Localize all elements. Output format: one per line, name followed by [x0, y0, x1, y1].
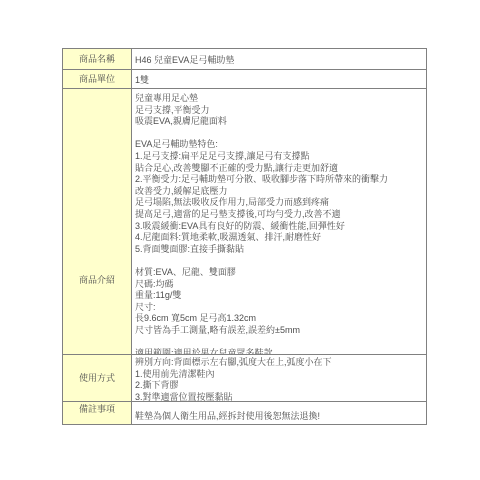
- usage-method-value-cell: 辨別方向:背面標示左右腳,弧度大在上,弧度小在下1.使用前先清潔鞋內2.撕下背膠…: [132, 355, 426, 401]
- text-line: 5.背面雙面膠:直接手撕黏貼: [135, 244, 426, 256]
- text-line: EVA足弓輔助墊特色:: [135, 139, 426, 151]
- text-line: [135, 255, 426, 267]
- text-line: 辨別方向:背面標示左右腳,弧度大在上,弧度小在下: [135, 357, 426, 369]
- row-product-unit: 商品單位 1雙: [63, 70, 426, 89]
- page: { "page": { "background": "#ffffff" }, "…: [0, 0, 480, 480]
- notes-label: 備註事項: [79, 404, 115, 415]
- notes-label-cell: 備註事項: [63, 402, 132, 424]
- text-line: 尺寸皆為手工測量,略有誤差,誤差約±5mm: [135, 325, 426, 337]
- product-description-value-cell: 兒童專用足心墊足弓支撐,平衡受力吸震EVA,親膚尼龍面料 EVA足弓輔助墊特色:…: [132, 89, 426, 354]
- text-line: [135, 336, 426, 348]
- text-line: 3.吸震緩衝:EVA具有良好的防震、緩衝性能,回彈性好: [135, 221, 426, 233]
- product-unit-value: 1雙: [135, 73, 149, 86]
- row-usage-method: 使用方式 辨別方向:背面標示左右腳,弧度大在上,弧度小在下1.使用前先清潔鞋內2…: [63, 355, 426, 402]
- notes-value-cell: 鞋墊為個人衛生用品,經拆封使用後恕無法退換!: [132, 402, 426, 424]
- text-line: [135, 128, 426, 140]
- product-unit-label: 商品單位: [79, 74, 115, 85]
- product-info-table: 商品名稱 H46 兒童EVA足弓輔助墊 商品單位 1雙 商品介紹 兒童專用足心墊…: [62, 48, 427, 425]
- text-line: 貼合足心,改善雙腳不正確的受力點,讓行走更加舒適: [135, 163, 426, 175]
- product-description-label-cell: 商品介紹: [63, 89, 132, 354]
- text-line: 改善受力,緩解足底壓力: [135, 186, 426, 198]
- text-line: 材質:EVA、尼龍、雙面膠: [135, 267, 426, 279]
- text-line: 提高足弓,適當的足弓墊支撐後,可均勻受力,改善不適: [135, 209, 426, 221]
- row-product-description: 商品介紹 兒童專用足心墊足弓支撐,平衡受力吸震EVA,親膚尼龍面料 EVA足弓輔…: [63, 89, 426, 355]
- text-line: 1.使用前先清潔鞋內: [135, 369, 426, 381]
- product-name-label: 商品名稱: [79, 54, 115, 65]
- notes-value: 鞋墊為個人衛生用品,經拆封使用後恕無法退換!: [135, 409, 320, 422]
- text-line: 3.對準適當位置按壓黏貼: [135, 392, 426, 401]
- text-line: 足弓支撐,平衡受力: [135, 105, 426, 117]
- text-line: 重量:11g/雙: [135, 290, 426, 302]
- text-line: 尺碼:均碼: [135, 279, 426, 291]
- product-unit-value-cell: 1雙: [132, 70, 426, 88]
- product-description-label: 商品介紹: [79, 275, 115, 286]
- text-line: 1.足弓支撐:扁平足足弓支撐,讓足弓有支撐點: [135, 151, 426, 163]
- text-line: 尺寸:: [135, 302, 426, 314]
- product-name-value-cell: H46 兒童EVA足弓輔助墊: [132, 49, 426, 69]
- usage-method-label-cell: 使用方式: [63, 355, 132, 401]
- row-notes: 備註事項 鞋墊為個人衛生用品,經拆封使用後恕無法退換!: [63, 402, 426, 425]
- product-unit-label-cell: 商品單位: [63, 70, 132, 88]
- text-line: 4.尼龍面料:質地柔軟,吸濕透氣、排汗,耐磨性好: [135, 232, 426, 244]
- product-name-value: H46 兒童EVA足弓輔助墊: [135, 53, 234, 66]
- usage-method-label: 使用方式: [79, 373, 115, 384]
- text-line: 適用範圍:適用於男女兒童眾多鞋款: [135, 348, 426, 354]
- product-name-label-cell: 商品名稱: [63, 49, 132, 69]
- text-line: 吸震EVA,親膚尼龍面料: [135, 116, 426, 128]
- text-line: 兒童專用足心墊: [135, 93, 426, 105]
- row-product-name: 商品名稱 H46 兒童EVA足弓輔助墊: [63, 49, 426, 70]
- text-line: 長9.6cm 寬5cm 足弓高1.32cm: [135, 313, 426, 325]
- text-line: 2.平衡受力:足弓輔助墊可分散、吸收腳步落下時所帶來的衝擊力: [135, 174, 426, 186]
- text-line: 足弓塌陷,無法吸收反作用力,局部受力而感到疼痛: [135, 197, 426, 209]
- text-line: 2.撕下背膠: [135, 380, 426, 392]
